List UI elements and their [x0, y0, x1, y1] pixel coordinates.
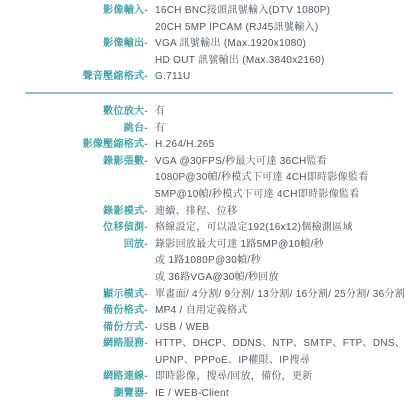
spec-values: 錄影回放最大可達 1路5MP@10幀/秒或 1路1080P@30幀/秒或 36路… — [148, 237, 324, 287]
spec-value-line: 或 1路1080P@30幀/秒 — [155, 253, 324, 270]
spec-content: 影像輸入-16CH BNC接頭訊號輸入(DTV 1080P)20CH 5MP I… — [0, 3, 410, 403]
spec-value-line: MP4 / 自用定義格式 — [155, 303, 248, 320]
spec-value-line: VGA 訊號輸出 (Max.1920x1080) — [155, 36, 325, 53]
spec-value-line: 有 — [155, 121, 165, 138]
spec-label: 位移偵測- — [0, 220, 148, 237]
spec-row: 錄影模式-連續、排程、位移 — [0, 204, 410, 221]
spec-label: 跳台- — [0, 121, 148, 138]
spec-values: 連續、排程、位移 — [148, 204, 237, 221]
spec-row: 網路服務-HTTP、DHCP、DDNS、NTP、SMTP、FTP、DNS、UPN… — [0, 336, 410, 369]
spec-row: 備份格式-MP4 / 自用定義格式 — [0, 303, 410, 320]
spec-value-line: USB / WEB — [155, 320, 209, 337]
spec-label: 顯示模式- — [0, 287, 148, 304]
spec-value-line: 5MP@10幀/秒模式下可達 4CH即時影像監看 — [155, 187, 369, 204]
spec-value-line: 20CH 5MP IPCAM (RJ45訊號輸入) — [155, 20, 330, 37]
spec-section: 影像輸入-16CH BNC接頭訊號輸入(DTV 1080P)20CH 5MP I… — [0, 3, 410, 86]
section-divider — [25, 92, 393, 94]
spec-values: IE / WEB-Client — [148, 386, 229, 403]
spec-row: 回放-錄影回放最大可達 1路5MP@10幀/秒或 1路1080P@30幀/秒或 … — [0, 237, 410, 287]
spec-row: 備份方式-USB / WEB — [0, 320, 410, 337]
spec-row: 瀏覽器-IE / WEB-Client — [0, 386, 410, 403]
spec-values: G.711U — [148, 69, 191, 86]
spec-values: 有 — [148, 121, 165, 138]
spec-row: 影像壓縮格式-H.264/H.265 — [0, 137, 410, 154]
spec-row: 跳台-有 — [0, 121, 410, 138]
spec-values: H.264/H.265 — [148, 137, 214, 154]
spec-value-line: 單畫面/ 4分割/ 9分割/ 13分割/ 16分割/ 25分割/ 36分割 — [155, 287, 405, 304]
spec-row: 聲音壓縮格式-G.711U — [0, 69, 410, 86]
spec-value-line: 格線設定，可以設定192(16x12)個檢測區域 — [155, 220, 353, 237]
spec-value-line: 1080P@30幀/秒模式下可達 4CH即時影像監看 — [155, 170, 369, 187]
spec-label: 聲音壓縮格式- — [0, 69, 148, 86]
spec-row: 數位放大-有 — [0, 104, 410, 121]
spec-values: USB / WEB — [148, 320, 209, 337]
spec-section: 數位放大-有跳台-有影像壓縮格式-H.264/H.265錄影張數-VGA @30… — [0, 104, 410, 403]
spec-row: 位移偵測-格線設定，可以設定192(16x12)個檢測區域 — [0, 220, 410, 237]
spec-values: 16CH BNC接頭訊號輸入(DTV 1080P)20CH 5MP IPCAM … — [148, 3, 330, 36]
spec-row: 影像輸出-VGA 訊號輸出 (Max.1920x1080)HD OUT 訊號輸出… — [0, 36, 410, 69]
spec-value-line: H.264/H.265 — [155, 137, 214, 154]
spec-values: 格線設定，可以設定192(16x12)個檢測區域 — [148, 220, 353, 237]
spec-value-line: 16CH BNC接頭訊號輸入(DTV 1080P) — [155, 3, 330, 20]
spec-values: VGA 訊號輸出 (Max.1920x1080)HD OUT 訊號輸出 (Max… — [148, 36, 325, 69]
spec-row: 錄影張數-VGA @30FPS/秒最大可達 36CH監看1080P@30幀/秒模… — [0, 154, 410, 204]
spec-values: 單畫面/ 4分割/ 9分割/ 13分割/ 16分割/ 25分割/ 36分割 — [148, 287, 405, 304]
spec-values: VGA @30FPS/秒最大可達 36CH監看1080P@30幀/秒模式下可達 … — [148, 154, 369, 204]
spec-label: 備份格式- — [0, 303, 148, 320]
spec-label: 網路連線- — [0, 369, 148, 386]
spec-value-line: IE / WEB-Client — [155, 386, 229, 403]
spec-label: 備份方式- — [0, 320, 148, 337]
spec-label: 網路服務- — [0, 336, 148, 353]
spec-values: MP4 / 自用定義格式 — [148, 303, 248, 320]
spec-value-line: 即時影像，搜尋/回放，備份，更新 — [155, 369, 313, 386]
spec-value-line: HTTP、DHCP、DDNS、NTP、SMTP、FTP、DNS、 — [155, 336, 405, 353]
spec-value-line: 連續、排程、位移 — [155, 204, 237, 221]
spec-label: 影像壓縮格式- — [0, 137, 148, 154]
spec-row: 網路連線-即時影像，搜尋/回放，備份，更新 — [0, 369, 410, 386]
spec-label: 數位放大- — [0, 104, 148, 121]
spec-value-line: 或 36路VGA@30幀/秒回放 — [155, 270, 324, 287]
spec-label: 錄影模式- — [0, 204, 148, 221]
spec-value-line: VGA @30FPS/秒最大可達 36CH監看 — [155, 154, 369, 171]
spec-value-line: G.711U — [155, 69, 191, 86]
spec-label: 回放- — [0, 237, 148, 254]
spec-value-line: 有 — [155, 104, 165, 121]
spec-row: 顯示模式-單畫面/ 4分割/ 9分割/ 13分割/ 16分割/ 25分割/ 36… — [0, 287, 410, 304]
spec-label: 錄影張數- — [0, 154, 148, 171]
spec-value-line: 錄影回放最大可達 1路5MP@10幀/秒 — [155, 237, 324, 254]
spec-label: 影像輸入- — [0, 3, 148, 20]
spec-label: 影像輸出- — [0, 36, 148, 53]
spec-values: HTTP、DHCP、DDNS、NTP、SMTP、FTP、DNS、UPNP、PPP… — [148, 336, 405, 369]
spec-value-line: HD OUT 訊號輸出 (Max.3840x2160) — [155, 53, 325, 70]
spec-values: 有 — [148, 104, 165, 121]
spec-value-line: UPNP、PPPoE、IP權限、IP搜尋 — [155, 353, 405, 370]
spec-sheet: 影像輸入-16CH BNC接頭訊號輸入(DTV 1080P)20CH 5MP I… — [0, 0, 410, 403]
spec-row: 影像輸入-16CH BNC接頭訊號輸入(DTV 1080P)20CH 5MP I… — [0, 3, 410, 36]
spec-label: 瀏覽器- — [0, 386, 148, 403]
spec-values: 即時影像，搜尋/回放，備份，更新 — [148, 369, 313, 386]
